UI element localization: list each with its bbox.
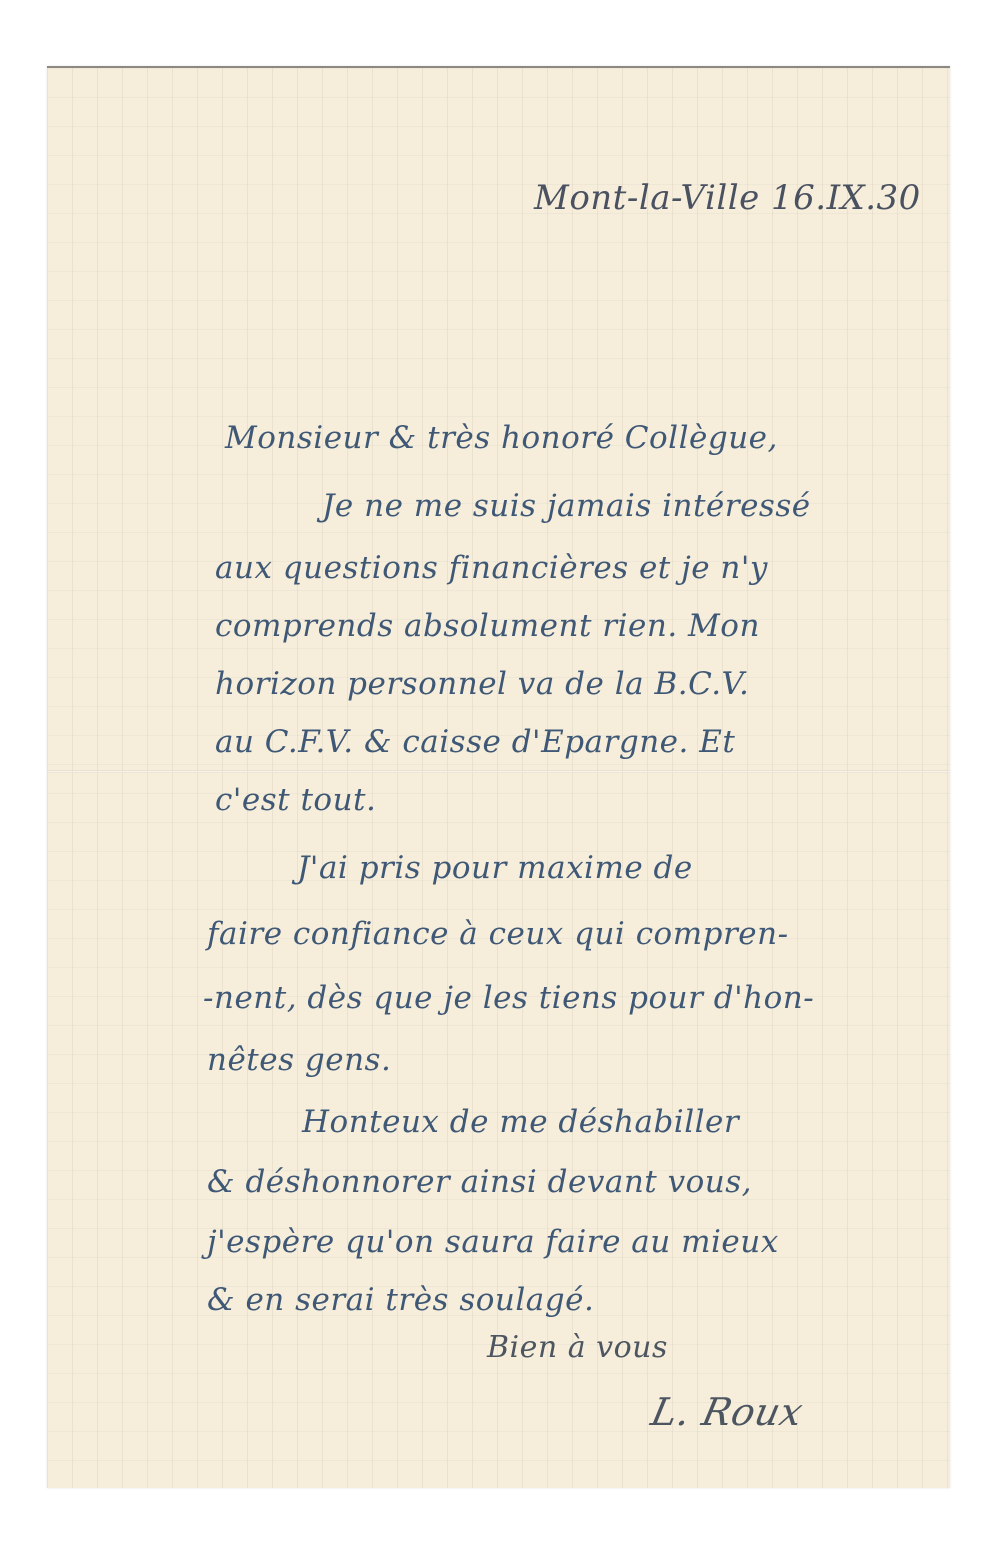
body-line: aux questions financières et je n'y [215,550,768,586]
body-line: J'ai pris pour maxime de [297,850,693,886]
body-line: horizon personnel va de la B.C.V. [215,666,749,702]
body-line: comprends absolument rien. Mon [215,608,760,644]
body-line: nêtes gens. [207,1042,391,1078]
body-line: -nent, dès que je les tiens pour d'hon- [203,980,814,1016]
body-line: Honteux de me déshabiller [302,1104,739,1140]
place-date: Mont-la-Ville 16.IX.30 [534,178,921,218]
body-line: au C.F.V. & caisse d'Epargne. Et [215,724,735,760]
body-line: & déshonnorer ainsi devant vous, [207,1164,752,1200]
body-line: j'espère qu'on saura faire au mieux [207,1224,779,1260]
body-line: c'est tout. [215,782,376,818]
signature: L. Roux [647,1390,807,1434]
body-line: faire confiance à ceux qui compren- [207,916,789,952]
paper-fold [47,770,950,773]
salutation: Monsieur & très honoré Collègue, [225,420,778,456]
letter-sheet: Mont-la-Ville 16.IX.30 Monsieur & très h… [47,66,950,1488]
body-line: Je ne me suis jamais intéressé [322,488,811,524]
closing: Bien à vous [487,1330,668,1365]
body-line: & en serai très soulagé. [207,1282,594,1318]
